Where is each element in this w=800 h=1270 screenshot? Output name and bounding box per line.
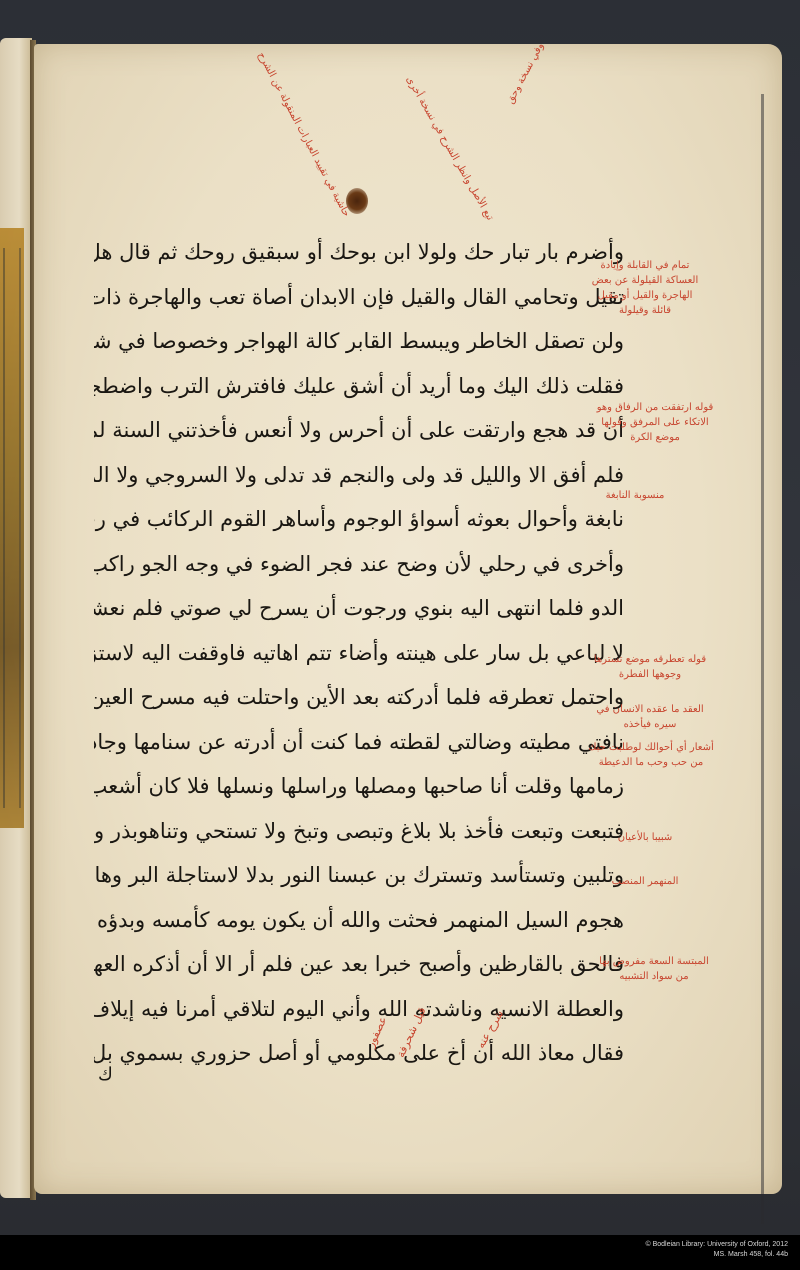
text-line: واحتمل تعطرقه فلما أدركته بعد الأين واحت… — [94, 675, 624, 720]
text-line: هجوم السيل المنهمر فحثت والله أن يكون يو… — [94, 898, 624, 943]
text-line: زمامها وقلت أنا صاحبها ومصلها وراسلها ون… — [94, 764, 624, 809]
margin-note: منسوبة النابغة — [590, 488, 680, 503]
image-credit: © Bodleian Library: University of Oxford… — [645, 1240, 788, 1260]
text-line: فقلت ذلك اليك وما أريد أن أشق عليك فافتر… — [94, 364, 624, 409]
main-text-block: وأضرم بار تبار حك ولولا ابن بوحك أو سبقي… — [94, 230, 624, 1076]
top-annotation: حاشية في تقييد العبارات المنقولة عن الشر… — [255, 50, 353, 219]
text-line: والعطلة الانسيه وناشدته الله وأني اليوم … — [94, 987, 624, 1032]
shelfmark-line: MS. Marsh 458, fol. 44b — [645, 1250, 788, 1260]
margin-note: شبيبا بالأعيان — [600, 830, 690, 845]
text-line: فالحق بالقارظين وأصبح خبرا بعد عين فلم أ… — [94, 942, 624, 987]
copyright-line: © Bodleian Library: University of Oxford… — [645, 1240, 788, 1250]
text-line: نافتي مطيته وضالتي لقطته فما كنت أن أدرت… — [94, 720, 624, 765]
text-line: وأخرى في رحلي لأن وضح عند فجر الضوء في و… — [94, 542, 624, 587]
text-line: نابغة وأحوال بعوثه أسواؤ الوجوم وأساهر ا… — [94, 497, 624, 542]
text-line: وأضرم بار تبار حك ولولا ابن بوحك أو سبقي… — [94, 230, 624, 275]
catchword: ك — [98, 1064, 113, 1085]
text-line: فقال معاذ الله أن أخ على مكلومي أو أصل ح… — [94, 1031, 624, 1076]
scan-background: حاشية في تقييد العبارات المنقولة عن الشر… — [0, 0, 800, 1235]
top-annotation: تبع الأصل وانظر الشرح في نسخة أخرى — [403, 74, 497, 223]
margin-note: قوله تعطرقه موضع تسترها وجوهها الفطرة — [590, 652, 710, 682]
text-line: تقيل وتحامي القال والقيل فإن الابدان أصا… — [94, 275, 624, 320]
margin-note: المنهمر المنصب — [600, 874, 690, 889]
page-edge — [761, 94, 764, 1224]
text-line: فلم أفق الا والليل قد ولى والنجم قد تدلى… — [94, 453, 624, 498]
text-line: ولن تصقل الخاطر ويبسط القابر كالة الهواج… — [94, 319, 624, 364]
manuscript-page: حاشية في تقييد العبارات المنقولة عن الشر… — [34, 44, 782, 1194]
text-line: وتلبين وتستأسد وتسترك بن عبسنا النور بدل… — [94, 853, 624, 898]
margin-note: تمام في القابلة وإيادة العساكة القيلولة … — [590, 258, 700, 318]
margin-note: العقد ما عقده الانسان في سيره فيأخذه — [590, 702, 710, 732]
left-facing-page — [0, 38, 32, 1198]
margin-note: المبتسة السعة مفروض بها من سواد التشبيه — [594, 954, 714, 984]
text-line: فتبعت وتبعت فأخذ بلا بلاغ وتبصى وتبخ ولا… — [94, 809, 624, 854]
text-line: الدو فلما انتهى اليه بنوي ورجوت أن يسرح … — [94, 586, 624, 631]
text-line: أن قد هجع وارتقت على أن أحرس ولا أنعس فأ… — [94, 408, 624, 453]
top-annotation: وفي نسخة وحق — [504, 41, 547, 106]
illumination-fragment — [0, 228, 24, 828]
left-margin-annotation — [74, 194, 92, 514]
margin-note: أشعار أي أحوالك لوطلبت حبك من حب وحب ما … — [586, 740, 716, 770]
text-line: لا لباعي بل سار على هينته وأضاء تتم اهات… — [94, 631, 624, 676]
margin-note: قوله ارتفقت من الرفاق وهو الاتكاء على ال… — [590, 400, 720, 445]
